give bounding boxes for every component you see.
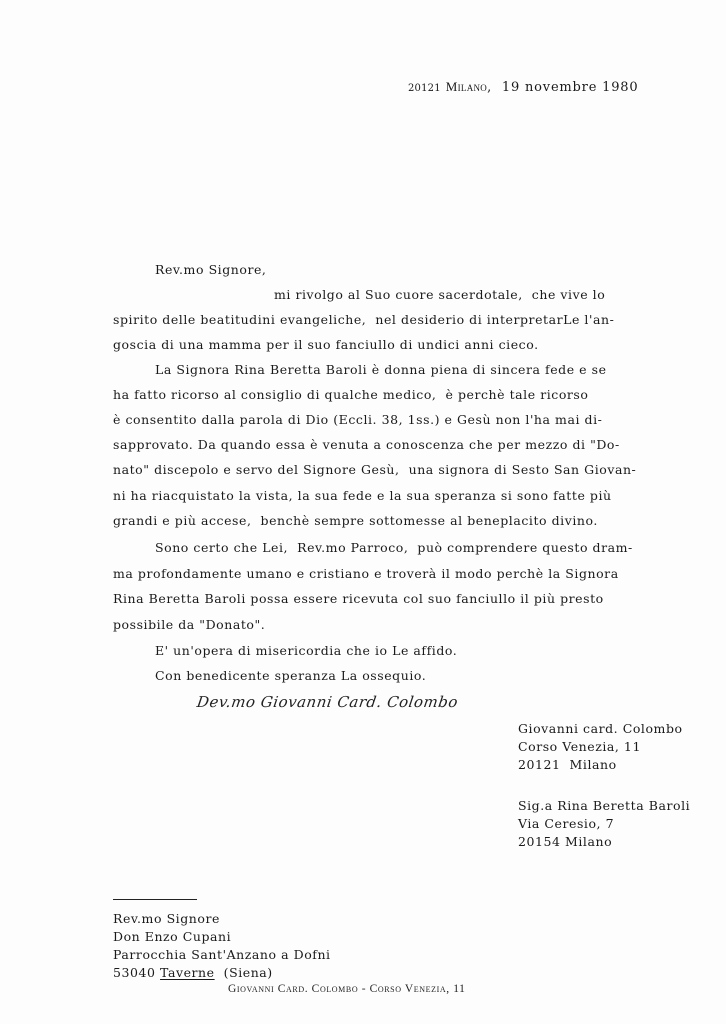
- body-line: sapprovato. Da quando essa è venuta a co…: [113, 437, 620, 453]
- sender-street: Corso Venezia, 11: [518, 739, 641, 755]
- letter-page: 20121 Milano, 19 novembre 1980 Rev.mo Si…: [0, 0, 726, 1024]
- body-line: possibile da "Donato".: [113, 617, 265, 633]
- letterhead-footer: Giovanni Card. Colombo - Corso Venezia, …: [228, 983, 465, 995]
- body-line: è consentito dalla parola di Dio (Eccli.…: [113, 412, 602, 428]
- addressee-locality: 53040 Taverne (Siena): [113, 965, 273, 981]
- body-line: Rina Beretta Baroli possa essere ricevut…: [113, 591, 604, 607]
- body-line: ha fatto ricorso al consiglio di qualche…: [113, 387, 588, 403]
- letterhead-date: 20121 Milano, 19 novembre 1980: [408, 79, 638, 95]
- sender-city: 20121 Milano: [518, 757, 617, 773]
- body-line: nato" discepolo e servo del Signore Gesù…: [113, 462, 636, 478]
- body-line: goscia di una mamma per il suo fanciullo…: [113, 337, 539, 353]
- letter-date: 19 novembre 1980: [502, 80, 638, 95]
- mother-name: Sig.a Rina Beretta Baroli: [518, 798, 690, 814]
- body-line: E' un'opera di misericordia che io Le af…: [155, 643, 457, 659]
- body-line: ma profondamente umano e cristiano e tro…: [113, 566, 619, 582]
- body-line: La Signora Rina Beretta Baroli è donna p…: [155, 362, 607, 378]
- body-line: Con benedicente speranza La ossequio.: [155, 668, 426, 684]
- salutation: Rev.mo Signore,: [155, 262, 266, 278]
- body-line: ni ha riacquistato la vista, la sua fede…: [113, 488, 612, 504]
- body-line: spirito delle beatitudini evangeliche, n…: [113, 312, 614, 328]
- postal-code: 20121: [408, 83, 441, 94]
- addressee-name: Don Enzo Cupani: [113, 929, 231, 945]
- mother-city: 20154 Milano: [518, 834, 612, 850]
- addressee-province: (Siena): [224, 965, 273, 980]
- body-line: grandi e più accese, benchè sempre sotto…: [113, 513, 598, 529]
- mother-street: Via Ceresio, 7: [518, 816, 614, 832]
- body-line: mi rivolgo al Suo cuore sacerdotale, che…: [274, 287, 605, 303]
- divider-rule: [113, 899, 197, 900]
- addressee-postal-code: 53040: [113, 965, 156, 980]
- addressee-town: Taverne: [160, 965, 215, 980]
- handwritten-signature: Dev.mo Giovanni Card. Colombo: [196, 693, 459, 711]
- addressee-parish: Parrocchia Sant'Anzano a Dofni: [113, 947, 331, 963]
- addressee-title: Rev.mo Signore: [113, 911, 220, 927]
- city-name: Milano: [446, 79, 487, 94]
- sender-name: Giovanni card. Colombo: [518, 721, 683, 737]
- body-line: Sono certo che Lei, Rev.mo Parroco, può …: [155, 540, 633, 556]
